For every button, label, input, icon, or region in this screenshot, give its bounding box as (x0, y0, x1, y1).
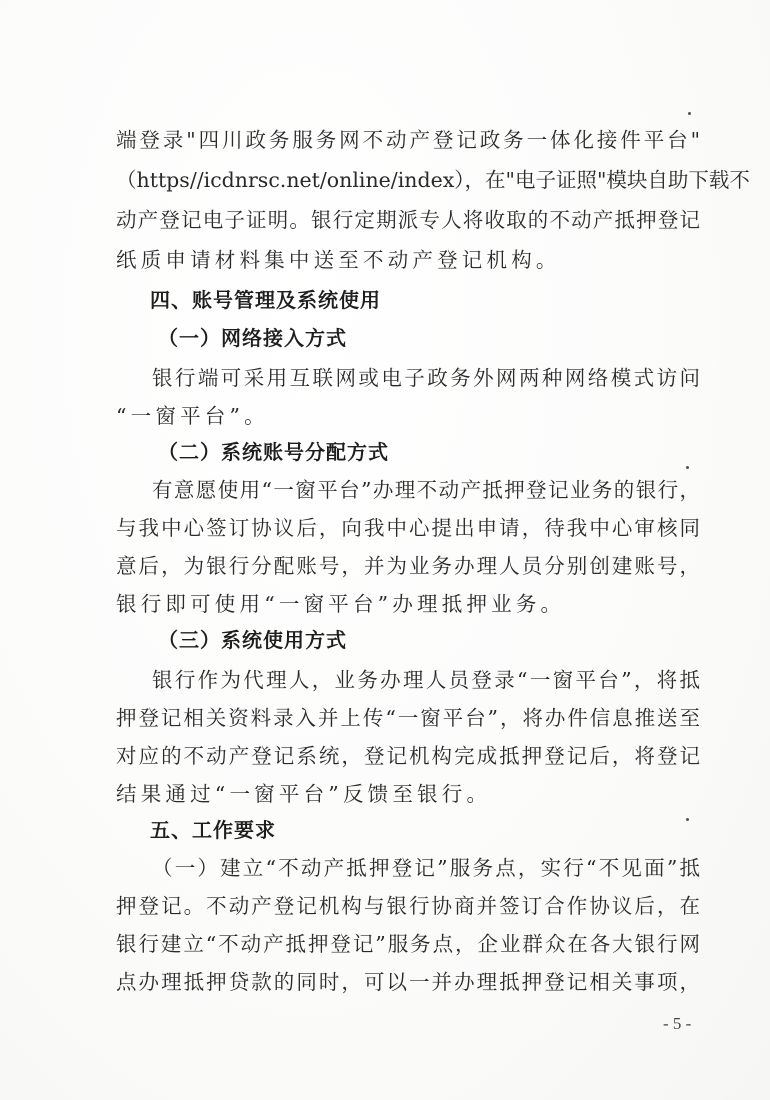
body-line: 银行建立“不动产抵押登记”服务点，企业群众在各大银行网 (116, 929, 700, 959)
body-line: 结果通过“一窗平台”反馈至银行。 (116, 779, 700, 809)
section-heading-5: 五、工作要求 (150, 815, 734, 845)
body-line: 端登录"四川政务服务网不动产登记政务一体化接件平台" (116, 125, 700, 155)
body-line: （一）建立“不动产抵押登记”服务点，实行“不见面”抵 (152, 853, 700, 883)
body-line: 与我中心签订协议后，向我中心提出申请，待我中心审核同 (116, 513, 700, 543)
subsection-heading-account: （二）系统账号分配方式 (158, 437, 742, 467)
body-line: 点办理抵押贷款的同时，可以一并办理抵押登记相关事项， (116, 967, 700, 997)
subsection-heading-usage: （三）系统使用方式 (158, 625, 742, 655)
page-number: - 5 - (663, 1014, 691, 1034)
body-line: 押登记。不动产登记机构与银行协商并签订合作协议后，在 (116, 891, 700, 921)
scan-speck (688, 112, 691, 115)
body-line: 银行端可采用互联网或电子政务外网两种网络模式访问 (152, 363, 700, 393)
body-line: 银行作为代理人，业务办理人员登录“一窗平台”，将抵 (152, 665, 700, 695)
section-heading-4: 四、账号管理及系统使用 (150, 285, 734, 315)
body-line: “一窗平台”。 (116, 401, 700, 431)
body-line: 纸质申请材料集中送至不动产登记机构。 (116, 245, 700, 275)
subsection-heading-network: （一）网络接入方式 (158, 323, 742, 353)
body-line: 意后，为银行分配账号，并为业务办理人员分别创建账号， (116, 551, 700, 581)
scan-speck (686, 466, 689, 469)
document-page: 端登录"四川政务服务网不动产登记政务一体化接件平台" （https//icdnr… (0, 0, 770, 1100)
body-line: 银行即可使用“一窗平台”办理抵押业务。 (116, 589, 700, 619)
body-line-url: （https//icdnrsc.net/online/index），在"电子证照… (116, 165, 700, 195)
scan-speck (686, 818, 689, 821)
body-line: 对应的不动产登记系统，登记机构完成抵押登记后，将登记 (116, 741, 700, 771)
body-line: 动产登记电子证明。银行定期派专人将收取的不动产抵押登记 (116, 205, 700, 235)
body-line: 有意愿使用“一窗平台”办理不动产抵押登记业务的银行， (152, 475, 700, 505)
body-line: 押登记相关资料录入并上传“一窗平台”，将办件信息推送至 (116, 703, 700, 733)
